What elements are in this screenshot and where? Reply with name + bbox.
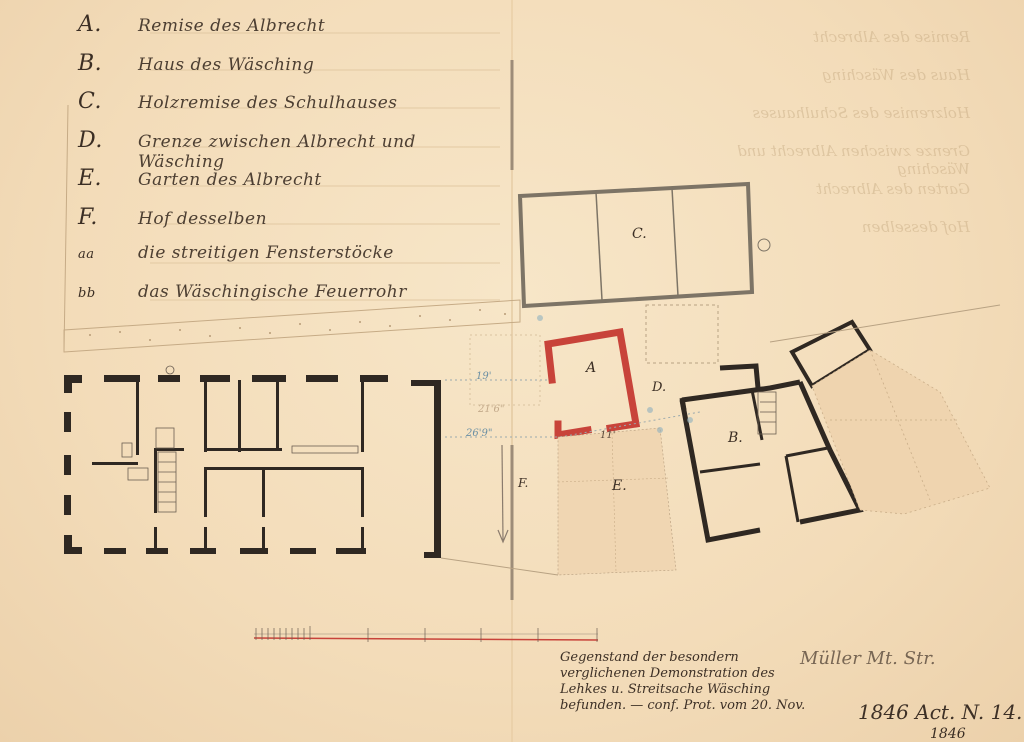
legend-key: B. xyxy=(78,51,138,76)
legend-text: Remise des Albrecht xyxy=(138,16,325,36)
legend-key: A. xyxy=(78,12,138,37)
dimension-lower: 26'9" xyxy=(466,428,492,439)
legend-text: Grenze zwischen Albrecht und Wäsching xyxy=(138,132,508,172)
legend-key: bb xyxy=(78,286,138,301)
legend-key: aa xyxy=(78,247,138,262)
legend-item-b: B. Haus des Wäsching xyxy=(78,51,508,90)
scale-bar xyxy=(254,626,598,642)
legend-key: F. xyxy=(78,205,138,230)
signature: Müller Mt. Str. xyxy=(800,648,936,669)
label-yard-f: F. xyxy=(518,476,528,490)
footnote-line: Lehkes u. Streitsache Wäsching xyxy=(560,682,1024,698)
footnote-line: Gegenstand der besondern xyxy=(560,650,1024,666)
legend-item-bb: bb das Wäschingische Feuerrohr xyxy=(78,282,508,321)
date-fragment: 1846 xyxy=(930,726,966,742)
legend-item-c: C. Holzremise des Schulhauses xyxy=(78,89,508,128)
building-a xyxy=(548,332,636,435)
label-boundary-d: D. xyxy=(652,380,666,395)
legend-text: die streitigen Fensterstöcke xyxy=(138,243,394,263)
dimension-right: 11' xyxy=(600,430,615,441)
legend-text: Holzremise des Schulhauses xyxy=(138,93,398,113)
legend-item-d: D. Grenze zwischen Albrecht und Wäsching xyxy=(78,128,508,167)
garden-e xyxy=(558,428,676,575)
legend-key: E. xyxy=(78,166,138,191)
label-garden-e: E. xyxy=(612,478,627,494)
label-building-b: B. xyxy=(728,430,743,446)
legend-item-e: E. Garten des Albrecht xyxy=(78,166,508,205)
legend: A. Remise des Albrecht B. Haus des Wäsch… xyxy=(78,12,508,320)
building-left-floorplan xyxy=(64,375,441,558)
legend-text: Garten des Albrecht xyxy=(138,170,322,190)
legend-text: Haus des Wäsching xyxy=(138,55,314,75)
label-building-a: A xyxy=(586,360,596,376)
dimension-middle: 21'6" xyxy=(478,404,504,415)
legend-item-aa: aa die streitigen Fensterstöcke xyxy=(78,243,508,282)
legend-text: Hof desselben xyxy=(138,209,267,229)
legend-key: C. xyxy=(78,89,138,114)
building-c xyxy=(520,184,770,306)
legend-key: D. xyxy=(78,128,138,153)
footnote-line: verglichenen Demonstration des xyxy=(560,666,1024,682)
label-building-c: C. xyxy=(632,226,647,242)
legend-text: das Wäschingische Feuerrohr xyxy=(138,282,407,302)
archive-reference: 1846 Act. N. 14. xyxy=(858,700,1022,724)
garden-right xyxy=(812,350,990,514)
dimension-upper: 19' xyxy=(476,371,491,382)
legend-item-f: F. Hof desselben xyxy=(78,205,508,244)
legend-item-a: A. Remise des Albrecht xyxy=(78,12,508,51)
